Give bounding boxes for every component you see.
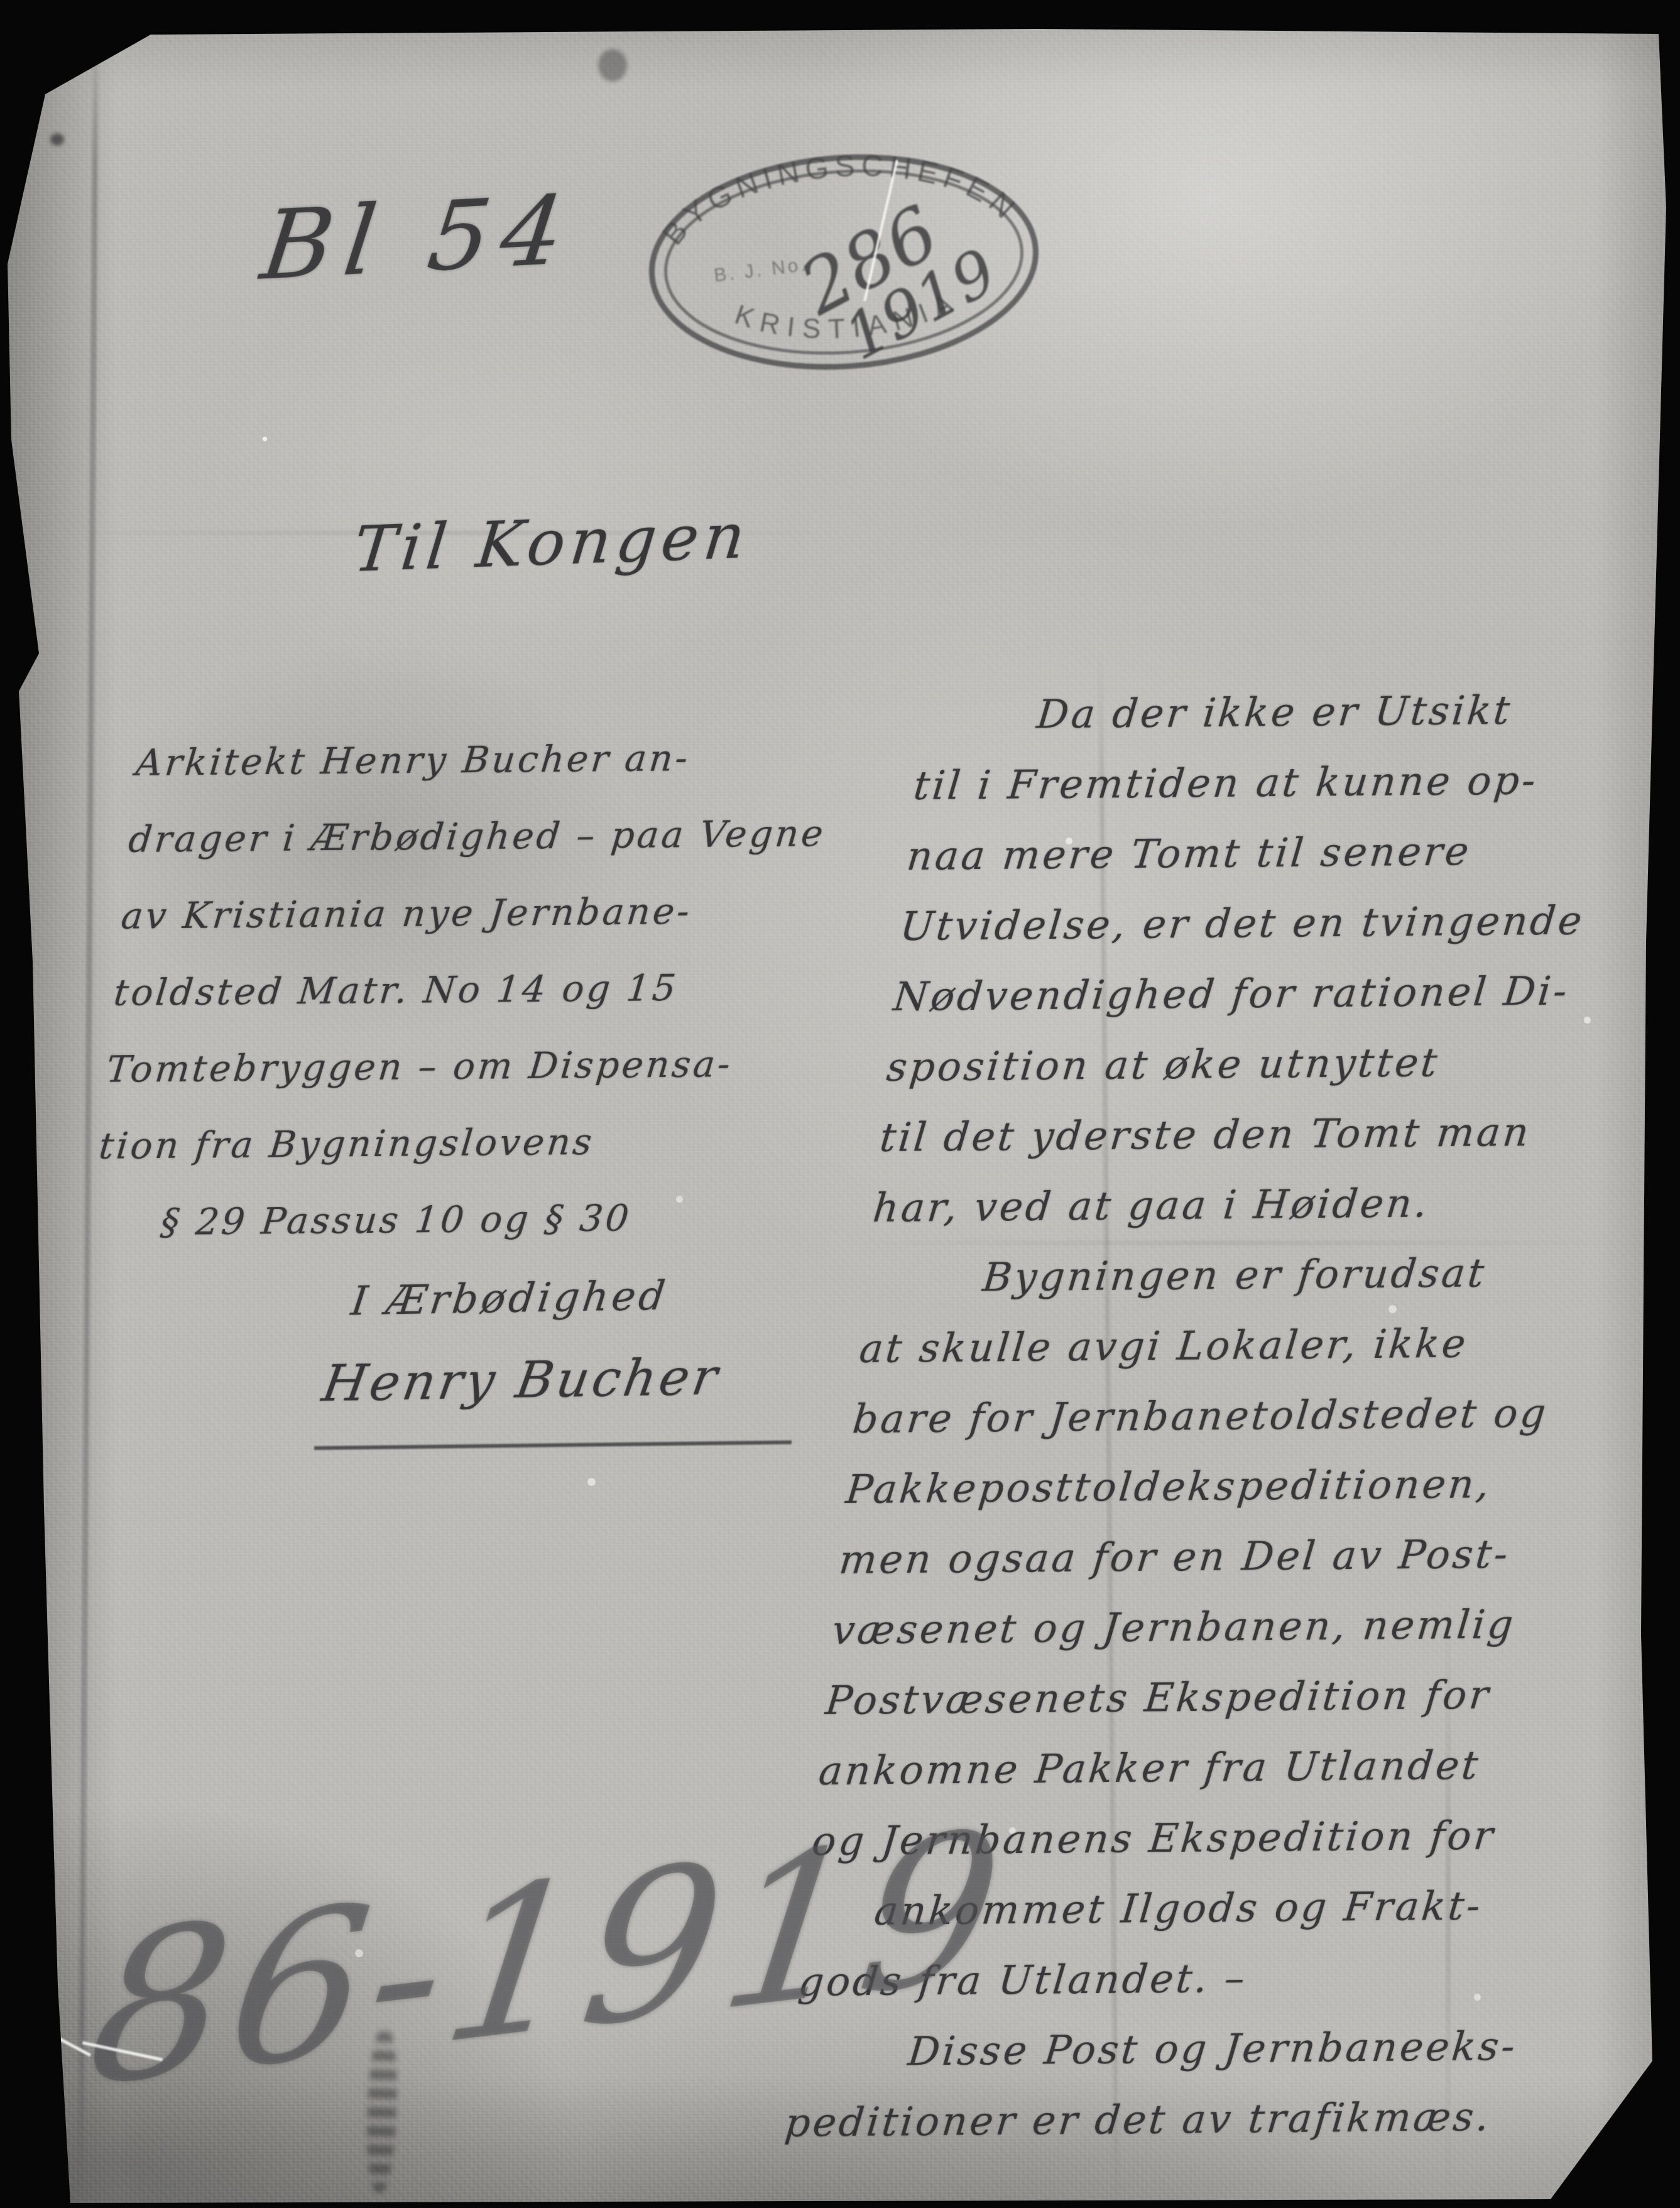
handwritten-line: Pakkeposttoldekspeditionen, [843,1448,1574,1525]
handwritten-line: til det yderste den Tomt man [876,1096,1608,1173]
handwritten-line: Bygningen er forudsat [863,1237,1595,1314]
white-speck [263,437,267,441]
salutation: Til Kongen [350,499,753,586]
handwritten-line: § 29 Passus 10 og § 30 [88,1178,792,1261]
handwritten-line: drager i Ærbødighed – paa Vegne [125,795,829,878]
handwritten-line: toldsted Matr. No 14 og 15 [111,948,814,1031]
handwritten-line: men ogsaa for en Del av Post- [836,1519,1568,1595]
handwritten-line: sposition at øke utnyttet [883,1026,1615,1103]
ink-dot-stain [50,133,64,146]
handwritten-line: væsenet og Jernbanen, nemlig [829,1589,1561,1666]
handwritten-line: Da der ikke er Utsikt [917,674,1649,751]
handwritten-line: Utvidelse, er det en tvingende [897,885,1629,962]
handwritten-line: bare for Jernbanetoldstedet og [849,1378,1581,1455]
top-smudge-stain [598,49,627,82]
paper-sheet: Bl 54 BYGNINGSCHEFEN KRISTIANIA B. J. No… [0,0,1680,2208]
handwritten-line: Postvæsenets Ekspedition for [822,1659,1554,1736]
handwritten-line: av Kristiania nye Jernbane- [117,872,821,954]
handwritten-line: Tomtebryggen – om Dispensa- [103,1025,807,1108]
handwritten-line: peditioner er det av trafikmæs. [782,2082,1514,2158]
handwritten-line: Arkitekt Henry Bucher an- [133,718,836,801]
closing-phrase: I Ærbødighed [349,1273,671,1325]
scanned-letter-page: { "annotations": { "archive_code": "Bl 5… [0,0,1680,2208]
handwritten-line: til i Fremtiden at kunne op- [910,745,1642,821]
signature-henry-bucher: Henry Bucher [319,1348,724,1413]
archive-code-annotation: Bl 54 [256,174,581,302]
handwritten-line: at skulle avgi Lokaler, ikke [856,1308,1588,1384]
handwritten-line: naa mere Tomt til senere [903,815,1635,892]
bygningschefen-oval-stamp: BYGNINGSCHEFEN KRISTIANIA B. J. No. 286 … [625,125,1062,399]
handwritten-line: tion fra Bygningslovens [95,1101,799,1184]
handwritten-line: Nødvendighed for rationel Di- [890,956,1622,1032]
handwritten-line: har, ved at gaa i Høiden. [870,1167,1601,1243]
left-text-column: Arkitekt Henry Bucher an- drager i Ærbød… [88,718,836,1261]
